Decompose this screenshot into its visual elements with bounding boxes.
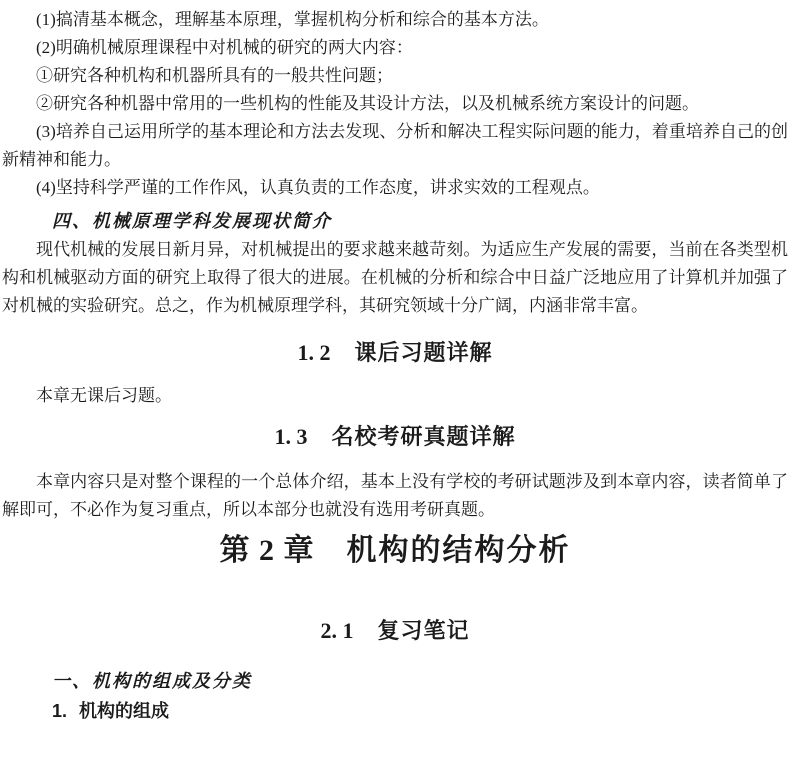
section-1-2-heading: 1. 2课后习题详解 — [2, 338, 788, 368]
chapter-2-title: 机构的结构分析 — [347, 534, 571, 567]
section-1-3-body: 本章内容只是对整个课程的一个总体介绍，基本上没有学校的考研试题涉及到本章内容，读… — [2, 468, 788, 524]
study-point-2: (2)明确机械原理课程中对机械的研究的两大内容： — [2, 34, 788, 62]
section-2-1-subsection-heading: 一、机构的组成及分类 — [52, 666, 788, 696]
section-2-1-number: 2. 1 — [320, 618, 353, 643]
section-1-3-title: 名校考研真题详解 — [331, 424, 515, 449]
section-1-2-body: 本章无课后习题。 — [2, 382, 788, 410]
chapter-2-number: 第 2 章 — [220, 534, 315, 567]
study-point-2-sub-2: ②研究各种机器中常用的一些机构的性能及其设计方法，以及机械系统方案设计的问题。 — [2, 90, 788, 118]
study-point-4: (4)坚持科学严谨的工作作风，认真负责的工作态度，讲求实效的工程观点。 — [2, 174, 788, 202]
chapter-2-heading: 第 2 章机构的结构分析 — [2, 530, 788, 572]
section-1-3-number: 1. 3 — [274, 424, 307, 449]
section-1-2-title: 课后习题详解 — [354, 340, 492, 365]
section-2-1-item-heading: 1.机构的组成 — [52, 698, 788, 724]
discipline-overview-paragraph: 现代机械的发展日新月异，对机械提出的要求越来越苛刻。为适应生产发展的需要，当前在… — [2, 236, 788, 320]
section-1-3-heading: 1. 3名校考研真题详解 — [2, 422, 788, 452]
discipline-overview-heading: 四、机械原理学科发展现状简介 — [52, 206, 788, 236]
section-2-1-item-number: 1. — [52, 701, 67, 721]
section-2-1-heading: 2. 1复习笔记 — [2, 616, 788, 646]
section-2-1-item-title: 机构的组成 — [79, 701, 169, 721]
study-point-3: (3)培养自己运用所学的基本理论和方法去发现、分析和解决工程实际问题的能力，着重… — [2, 118, 788, 174]
document-page: (1)搞清基本概念，理解基本原理，掌握机构分析和综合的基本方法。 (2)明确机械… — [0, 0, 790, 782]
study-point-2-sub-1: ①研究各种机构和机器所具有的一般共性问题； — [2, 62, 788, 90]
section-1-2-number: 1. 2 — [297, 340, 330, 365]
study-point-1: (1)搞清基本概念，理解基本原理，掌握机构分析和综合的基本方法。 — [2, 6, 788, 34]
section-2-1-title: 复习笔记 — [377, 618, 469, 643]
